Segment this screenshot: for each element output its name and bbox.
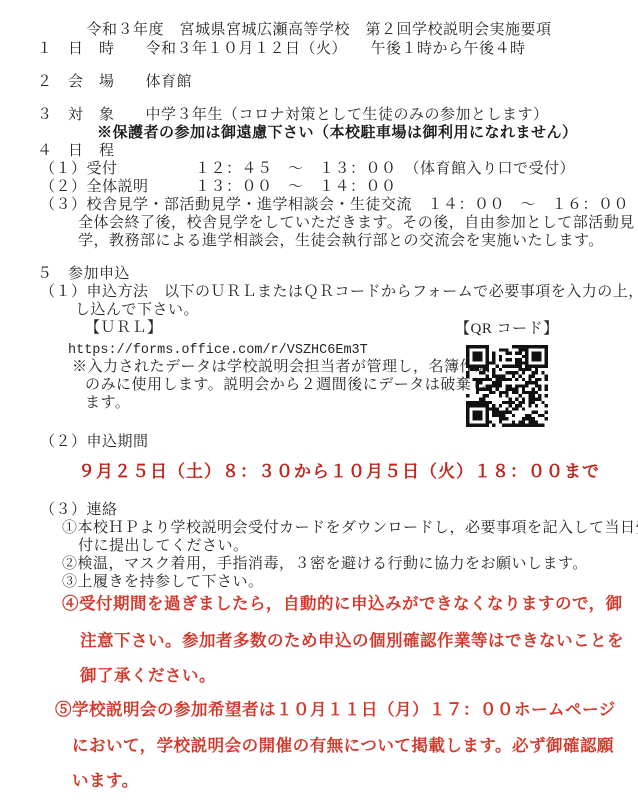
- contact-label: （３）連絡: [40, 501, 118, 520]
- schedule-row-reception: （１）受付 １２：４５ ～ １３：００ （体育館入り口で受付）: [40, 160, 575, 179]
- period-label: （２）申込期間: [40, 433, 149, 452]
- url-label: 【ＵＲＬ】: [85, 319, 163, 338]
- schedule-desc-line2: 学，教務部による進学相談会，生徒会執行部との交流会を実施いたします。: [78, 232, 604, 251]
- document-page: 令和３年度 宮城県宮城広瀬高等学校 第２回学校説明会実施要項 １ 日 時 令和３…: [0, 0, 638, 800]
- item-target-note: ※保護者の参加は御遠慮下さい（本校駐車場は御利用になれません）: [97, 124, 578, 143]
- notice4-line2: 注意下さい。参加者多数のため申込の個別確認作業等はできないことを: [80, 631, 624, 650]
- data-note-line2: のみに使用します。説明会から２週間後にデータは破棄し: [85, 376, 487, 395]
- period-value: ９月２５日（土）８：３０から１０月５日（火）１８：００まで: [78, 462, 600, 481]
- apply-method-line1: （１）申込方法 以下のＵＲＬまたはＱＲコードからフォームで必要事項を入力の上，申: [40, 283, 638, 302]
- item-venue: ２ 会 場 体育館: [37, 73, 192, 92]
- item-schedule-heading: ４ 日 程: [37, 142, 115, 161]
- qr-code-image: [466, 344, 548, 428]
- item-datetime: １ 日 時 令和３年１０月１２日（火） 午後１時から午後４時: [37, 40, 526, 59]
- schedule-desc-line1: 全体会終了後，校舎見学をしていただきます。その後，自由参加として部活動見: [78, 214, 635, 233]
- contact-item1-line2: 付に提出してください。: [78, 537, 249, 556]
- data-note-line1: ※入力されたデータは学校説明会担当者が管理し，名簿作成: [72, 358, 491, 377]
- item-apply-heading: ５ 参加申込: [37, 265, 130, 284]
- contact-item1-line1: ①本校ＨＰより学校説明会受付カードをダウンロードし，必要事項を記入して当日受: [62, 519, 638, 538]
- schedule-row-tour: （３）校舎見学・部活動見学・進学相談会・生徒交流 １４：００ ～ １６：００: [40, 196, 629, 215]
- notice5-line2: において，学校説明会の開催の有無について掲載します。必ず御確認願: [72, 736, 614, 755]
- notice5-line3: います。: [72, 771, 139, 790]
- item-target: ３ 対 象 中学３年生（コロナ対策として生徒のみの参加とします）: [37, 106, 549, 125]
- data-note-line3: ます。: [85, 394, 130, 413]
- apply-method-line2: し込んで下さい。: [75, 301, 199, 320]
- contact-item2: ②検温，マスク着用，手指消毒，３密を避ける行動に協力をお願いします。: [62, 555, 588, 574]
- qr-label: 【QR コード】: [455, 320, 559, 339]
- notice5-line1: ⑤学校説明会の参加希望者は１０月１１日（月）１７：００ホームページ: [55, 700, 616, 719]
- schedule-row-overview: （２）全体説明 １３：００ ～ １４：００: [40, 178, 397, 197]
- notice4-line3: 御了承ください。: [80, 666, 216, 685]
- contact-item3: ③上履きを持参して下さい。: [62, 573, 264, 592]
- notice4-line1: ④受付期間を過ぎましたら，自動的に申込みができなくなりますので，御: [62, 594, 623, 613]
- doc-title: 令和３年度 宮城県宮城広瀬高等学校 第２回学校説明会実施要項: [0, 21, 638, 40]
